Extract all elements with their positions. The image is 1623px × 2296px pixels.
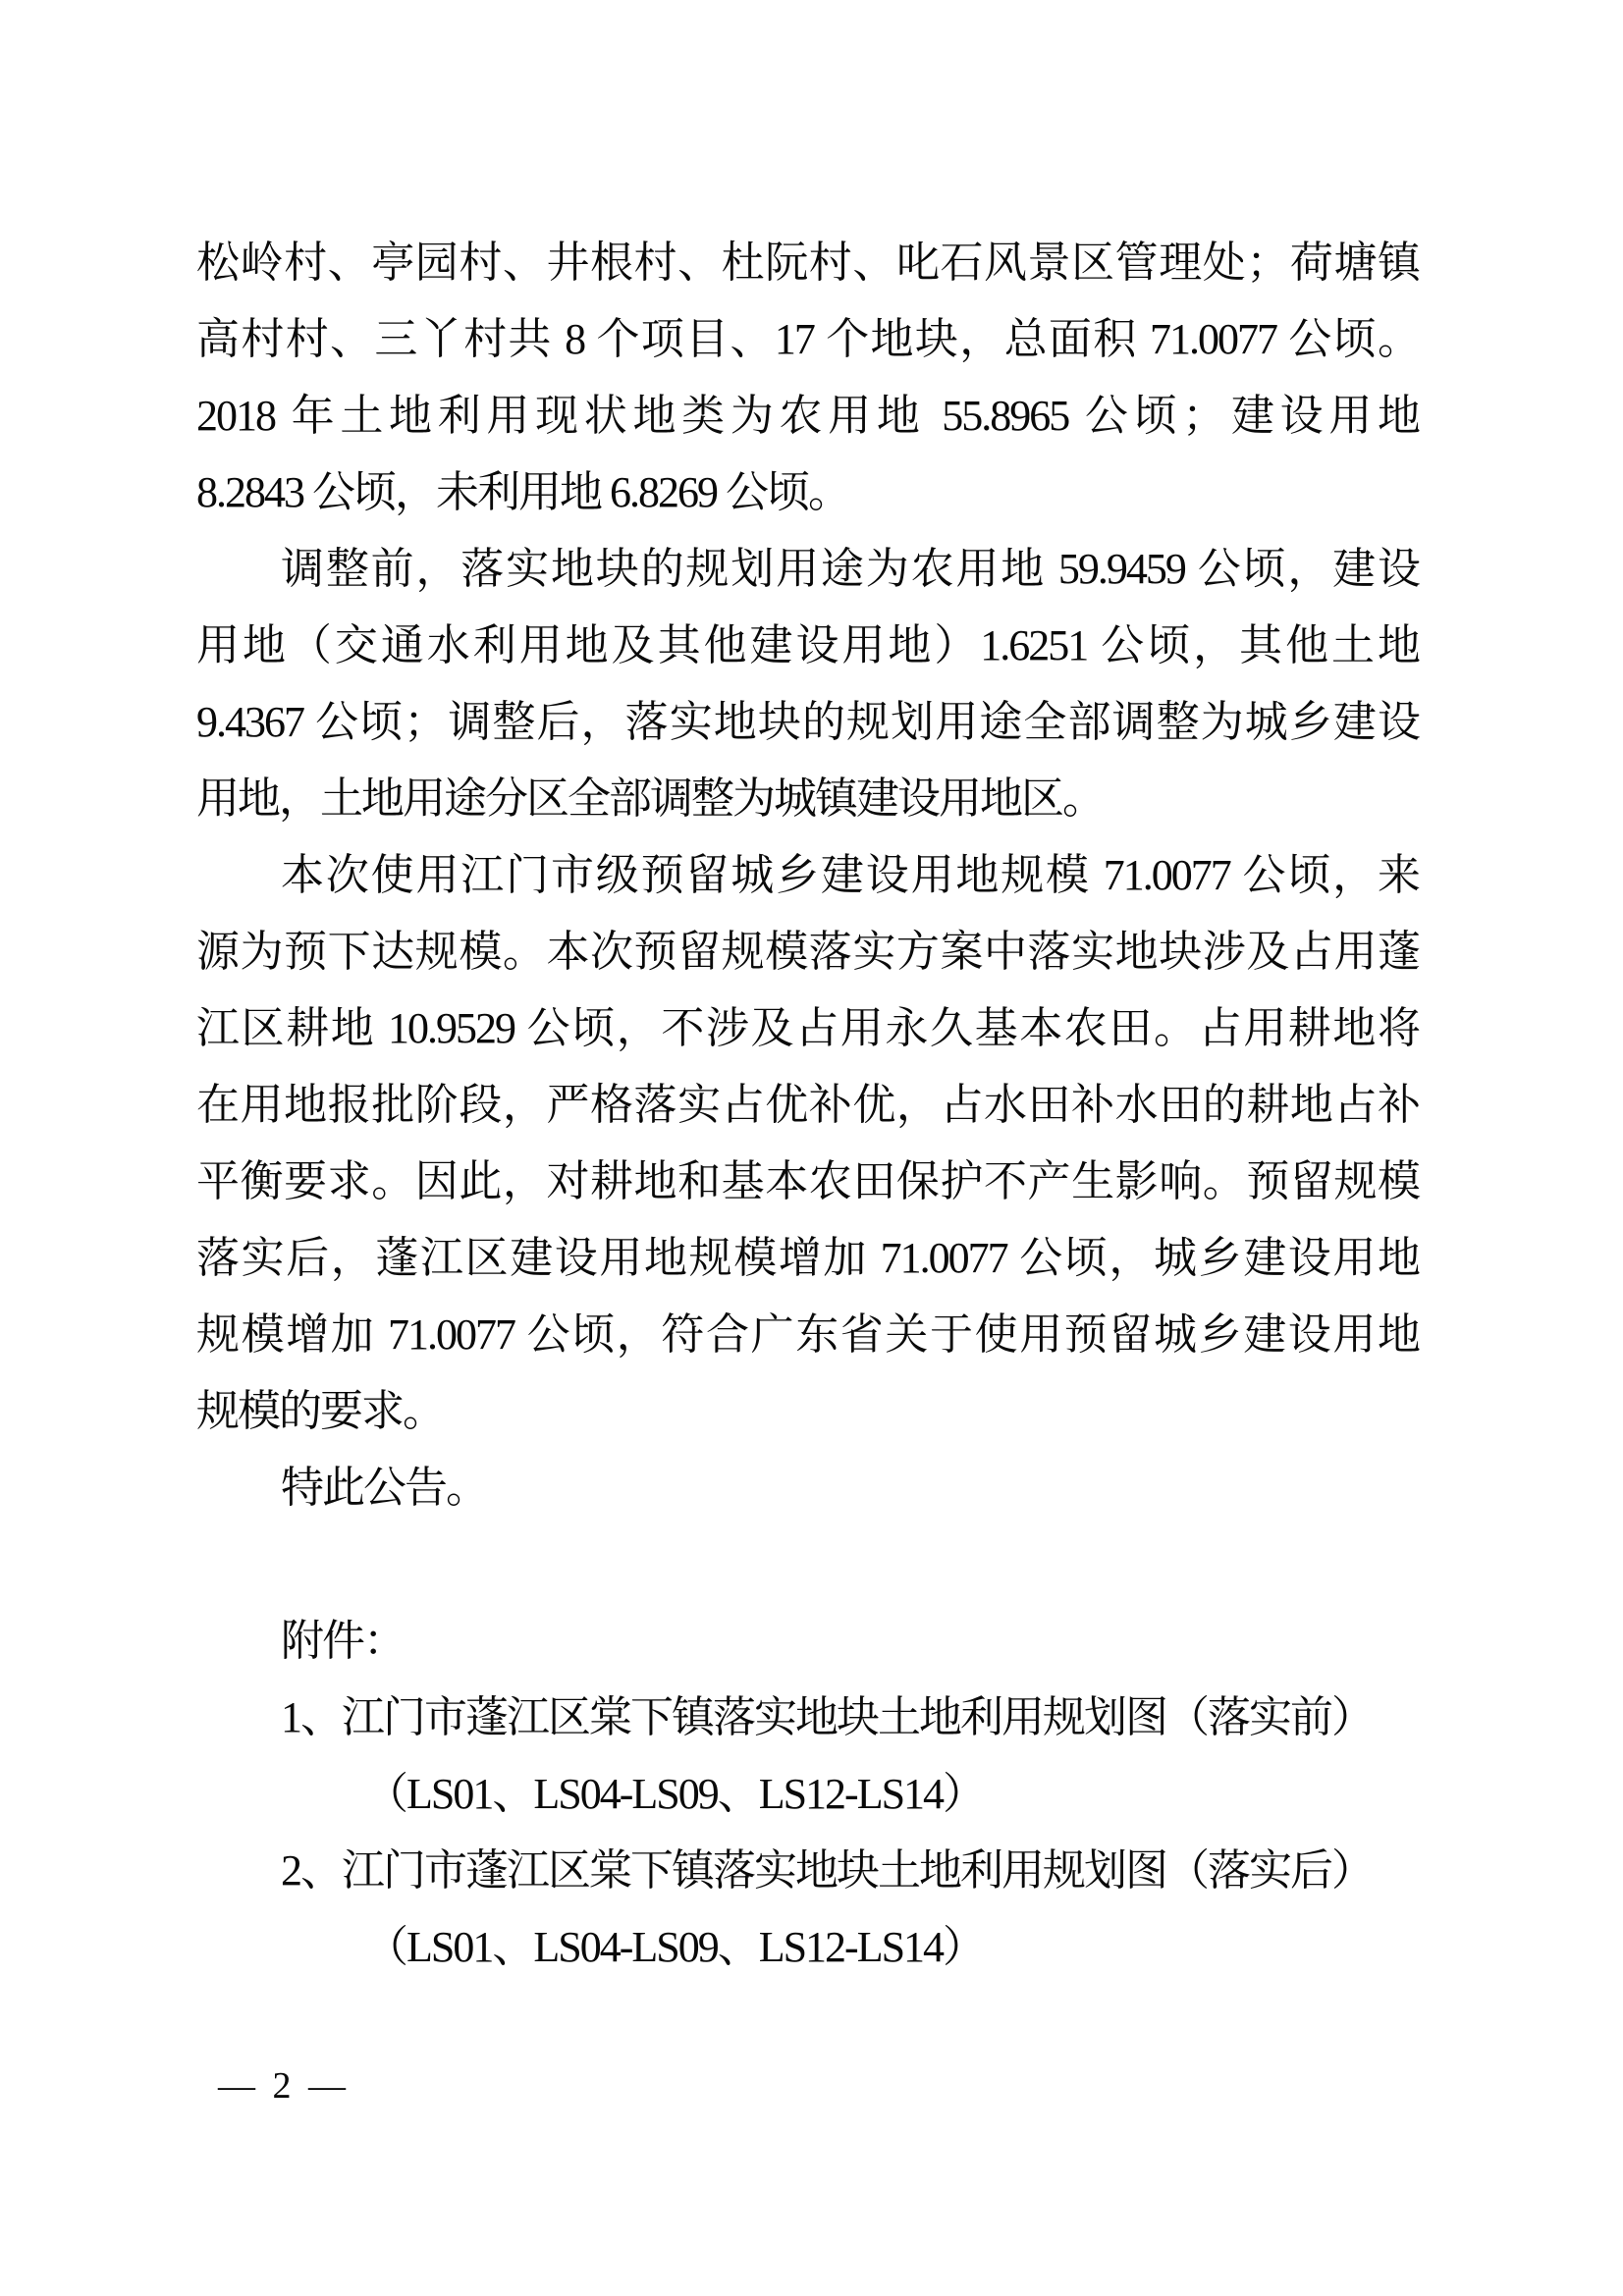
text-line: 在用地报批阶段，严格落实占优补优，占水田补水田的耕地占补 bbox=[196, 1067, 1419, 1144]
text-line: 1、江门市蓬江区棠下镇落实地块土地利用规划图（落实前） bbox=[196, 1680, 1419, 1756]
text-line: 特此公告。 bbox=[196, 1450, 1419, 1526]
text-line: 平衡要求。因此，对耕地和基本农田保护不产生影响。预留规模 bbox=[196, 1144, 1419, 1220]
text-line: 用地（交通水利用地及其他建设用地）1.6251 公顷，其他土地 bbox=[196, 608, 1419, 684]
text-line: 2018 年土地利用现状地类为农用地 55.8965 公顷；建设用地 bbox=[196, 378, 1419, 454]
text-line: 江区耕地 10.9529 公顷，不涉及占用永久基本农田。占用耕地将 bbox=[196, 990, 1419, 1067]
text-line: 松岭村、亭园村、井根村、杜阮村、叱石风景区管理处；荷塘镇 bbox=[196, 225, 1419, 301]
page-number: — 2 — bbox=[218, 2064, 350, 2108]
text-line: 附件： bbox=[196, 1603, 1419, 1680]
blank-line bbox=[196, 1526, 1419, 1603]
text-line: 本次使用江门市级预留城乡建设用地规模 71.0077 公顷，来 bbox=[196, 837, 1419, 914]
text-line: 9.4367 公顷；调整后，落实地块的规划用途全部调整为城乡建设 bbox=[196, 684, 1419, 761]
text-line: 源为预下达规模。本次预留规模落实方案中落实地块涉及占用蓬 bbox=[196, 914, 1419, 990]
text-line: 用地，土地用途分区全部调整为城镇建设用地区。 bbox=[196, 761, 1419, 837]
body-text: 松岭村、亭园村、井根村、杜阮村、叱石风景区管理处；荷塘镇高村村、三丫村共 8 个… bbox=[196, 225, 1419, 1986]
text-line: 规模增加 71.0077 公顷，符合广东省关于使用预留城乡建设用地 bbox=[196, 1297, 1419, 1373]
text-line: 落实后，蓬江区建设用地规模增加 71.0077 公顷，城乡建设用地 bbox=[196, 1220, 1419, 1297]
text-line: 高村村、三丫村共 8 个项目、17 个地块，总面积 71.0077 公顷。 bbox=[196, 301, 1419, 378]
text-line: 规模的要求。 bbox=[196, 1373, 1419, 1450]
text-line: 2、江门市蓬江区棠下镇落实地块土地利用规划图（落实后） bbox=[196, 1833, 1419, 1909]
text-line: （LS01、LS04-LS09、LS12-LS14） bbox=[196, 1909, 1419, 1986]
text-line: （LS01、LS04-LS09、LS12-LS14） bbox=[196, 1756, 1419, 1833]
document-page: 松岭村、亭园村、井根村、杜阮村、叱石风景区管理处；荷塘镇高村村、三丫村共 8 个… bbox=[0, 0, 1623, 2296]
text-line: 8.2843 公顷，未利用地 6.8269 公顷。 bbox=[196, 454, 1419, 531]
text-line: 调整前，落实地块的规划用途为农用地 59.9459 公顷，建设 bbox=[196, 531, 1419, 608]
